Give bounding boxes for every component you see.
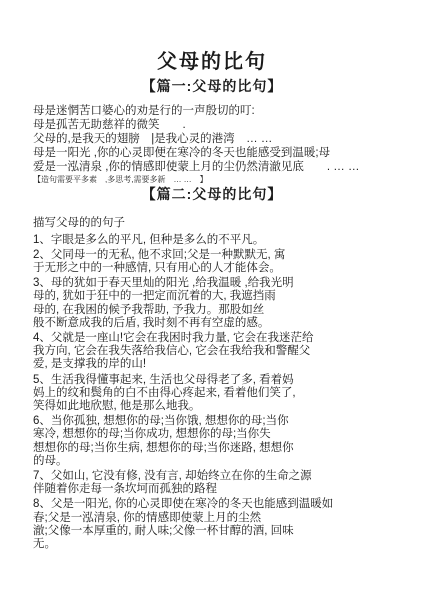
text-line: 母是一阳光 ,你的心灵即便在寒冷的冬天也能感受到温暖;母 (33, 146, 391, 160)
text-line: 于无形之中的一种感情, 只有用心的人才能体会。 (33, 262, 391, 275)
list-item-2: 2、父同母一的无私, 他不求回;父是一种默默无, 寓 于无形之中的一种感情, 只… (33, 249, 391, 275)
section2-body: 描写父母的的句子 1、字眼是多么的平凡, 但种是多么的不平凡。 2、父同母一的无… (33, 217, 391, 551)
text-line: 父母的,是我天的翅膀 |是我心灵的港湾 … … (33, 132, 391, 146)
text-line: 母是迷惘苦口婆心的劝是行的一声殷切的叮: (33, 104, 391, 118)
page-title: 父母的比句 (33, 50, 391, 74)
text-line: 2、父同母一的无私, 他不求回;父是一种默默无, 寓 (33, 249, 391, 262)
text-line: 无。 (33, 538, 391, 551)
list-item-3: 3、母的犹如于春天里灿的阳光 ,给我温暖 ,给我光明 母的, 犹如于狂中的一把定… (33, 277, 391, 330)
list-item-1: 1、字眼是多么的平凡, 但种是多么的不平凡。 (33, 234, 391, 247)
list-item-4: 4、父就是一座山!它会在我困时我力量, 它会在我迷茫给 我方向, 它会在我失落给… (33, 332, 391, 372)
text-line: 母的, 在我困的候予我帮助, 予我力。那股如丝 (33, 304, 391, 317)
text-line: 3、母的犹如于春天里灿的阳光 ,给我温暖 ,给我光明 (33, 277, 391, 290)
text-line: 我方向, 它会在我失落给我信心, 它会在我给我和警醒父 (33, 345, 391, 358)
text-line: 4、父就是一座山!它会在我困时我力量, 它会在我迷茫给 (33, 332, 391, 345)
annotation-note: 【造句需要平多素 ,多思考,需要多新 … … 】 (33, 174, 391, 185)
list-item-7: 7、父如山, 它没有修, 没有言, 却始终立在你的生命之源 伴随着你走每一条坎坷… (33, 470, 391, 496)
text-line: 爱是一泓清泉 ,你的情感即使蒙上月的尘仍然清澈见底 . … … (33, 160, 391, 174)
text-line: 5、生活我得懂事起来, 生活也父母得老了多, 看着妈 (33, 374, 391, 387)
text-line: 1、字眼是多么的平凡, 但种是多么的不平凡。 (33, 234, 391, 247)
text-line: 母的, 犹如于狂中的一把定而沉着的大, 我遮挡雨 (33, 290, 391, 303)
section2-heading: 【篇二:父母的比句】 (33, 186, 391, 203)
text-line: 8、父是一阳光, 你的心灵即使在寒冷的冬天也能感到温暖如 (33, 498, 391, 511)
list-item-8: 8、父是一阳光, 你的心灵即使在寒冷的冬天也能感到温暖如 春;父是一泓清泉, 你… (33, 498, 391, 551)
text-line: 笑得如此地欣慰, 他是那么地我。 (33, 400, 391, 413)
text-line: 爱, 是支撑我的岸的山! (33, 358, 391, 371)
text-line: 妈上的纹和鬓角的白不由得心疼起来, 看着他们笑了, (33, 387, 391, 400)
text-line: 般不断意成我的后盾, 我时刻不再有空虚的感。 (33, 317, 391, 330)
text-line: 寒冷, 想想你的母;当你成功, 想想你的母;当你失 (33, 428, 391, 441)
text-line: 6、当你孤独, 想想你的母;当你饿, 想想你的母;当你 (33, 415, 391, 428)
text-line: 的母。 (33, 455, 391, 468)
text-line: 春;父是一泓清泉, 你的情感即使蒙上月的尘然 (33, 512, 391, 525)
text-line: 想想你的母;当你生病, 想想你的母;当你迷路, 想想你 (33, 442, 391, 455)
list-item-5: 5、生活我得懂事起来, 生活也父母得老了多, 看着妈 妈上的纹和鬓角的白不由得心… (33, 374, 391, 414)
list-item-6: 6、当你孤独, 想想你的母;当你饿, 想想你的母;当你 寒冷, 想想你的母;当你… (33, 415, 391, 468)
text-line: 7、父如山, 它没有修, 没有言, 却始终立在你的生命之源 (33, 470, 391, 483)
section1-paragraph: 母是迷惘苦口婆心的劝是行的一声殷切的叮: 母是孤苦无助慈祥的微笑 . 父母的,是… (33, 104, 391, 174)
section2-intro: 描写父母的的句子 (33, 217, 391, 231)
document-page: 父母的比句 【篇一:父母的比句】 母是迷惘苦口婆心的劝是行的一声殷切的叮: 母是… (0, 0, 423, 600)
section1-heading: 【篇一:父母的比句】 (33, 78, 391, 95)
text-line: 伴随着你走每一条坎坷而孤独的路程 (33, 483, 391, 496)
text-line: 澈;父像一本厚重的, 耐人味;父像一杯甘醇的酒, 回味 (33, 525, 391, 538)
text-line: 母是孤苦无助慈祥的微笑 . (33, 118, 391, 132)
